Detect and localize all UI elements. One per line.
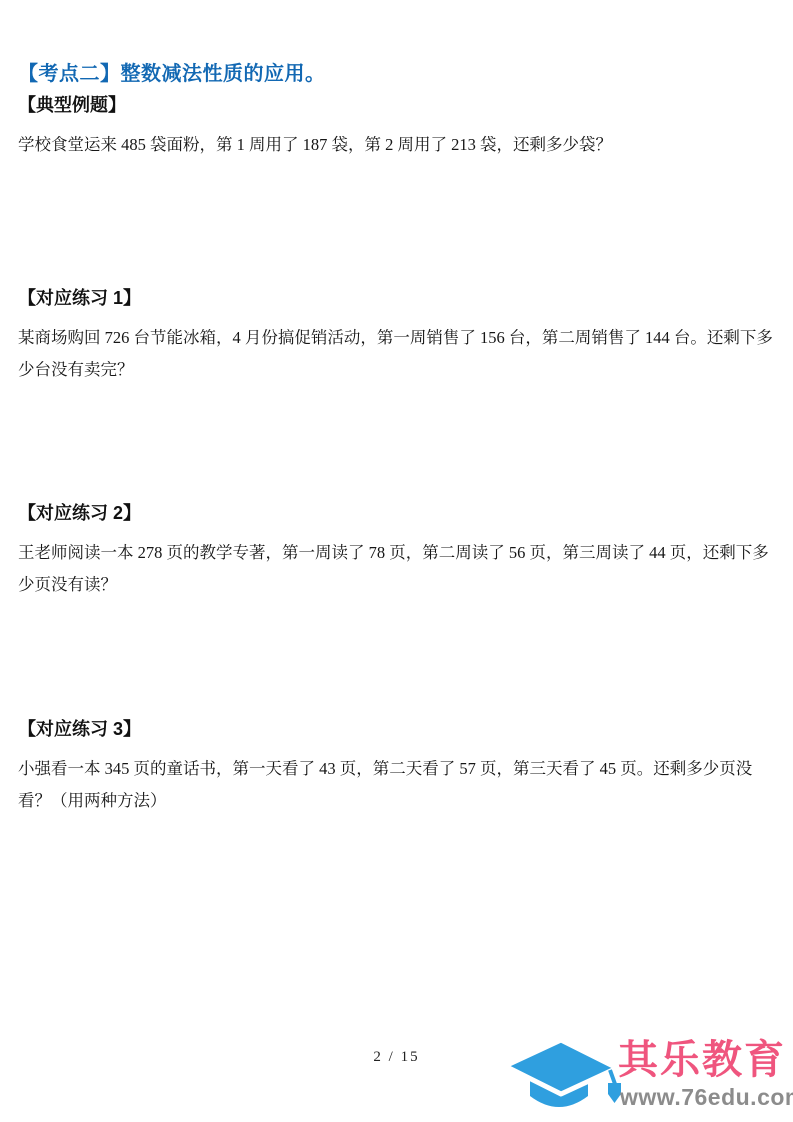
section-exercise-2: 【对应练习 2】 王老师阅读一本 278 页的教学专著，第一周读了 78 页，第…: [18, 502, 775, 601]
section-title: 【对应练习 2】: [18, 502, 775, 524]
section-typical-example: 【典型例题】 学校食堂运来 485 袋面粉，第 1 周用了 187 袋，第 2 …: [18, 94, 775, 161]
problem-text: 学校食堂运来 485 袋面粉，第 1 周用了 187 袋，第 2 周用了 213…: [18, 129, 775, 161]
brand-logo: 其乐教育 www.76edu.com: [497, 1032, 789, 1120]
section-title: 【对应练习 1】: [18, 287, 775, 309]
topic-heading: 【考点二】整数减法性质的应用。: [18, 57, 326, 86]
graduation-cap-icon: [497, 1032, 622, 1117]
worksheet-page: 【考点二】整数减法性质的应用。 【典型例题】 学校食堂运来 485 袋面粉，第 …: [0, 0, 793, 1122]
problem-text: 小强看一本 345 页的童话书，第一天看了 43 页，第二天看了 57 页，第三…: [18, 753, 775, 817]
brand-name: 其乐教育: [618, 1039, 786, 1081]
problem-text: 王老师阅读一本 278 页的教学专著，第一周读了 78 页，第二周读了 56 页…: [18, 537, 775, 601]
brand-website: www.76edu.com: [620, 1084, 793, 1111]
section-exercise-1: 【对应练习 1】 某商场购回 726 台节能冰箱，4 月份搞促销活动，第一周销售…: [18, 287, 775, 386]
section-title: 【对应练习 3】: [18, 718, 775, 740]
problem-text: 某商场购回 726 台节能冰箱，4 月份搞促销活动，第一周销售了 156 台，第…: [18, 322, 775, 386]
section-exercise-3: 【对应练习 3】 小强看一本 345 页的童话书，第一天看了 43 页，第二天看…: [18, 718, 775, 817]
section-title: 【典型例题】: [18, 94, 775, 116]
